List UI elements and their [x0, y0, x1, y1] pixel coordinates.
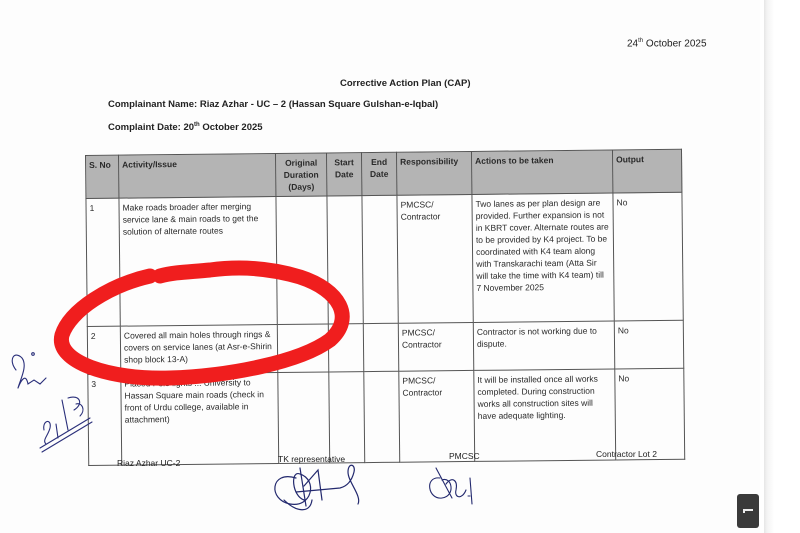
table-header-row: S. No Activity/Issue Original Duration (… — [86, 149, 682, 198]
header-duration: Original Duration (Days) — [275, 153, 326, 197]
signature-label-riaz: Riaz Azhar UC-2 — [117, 458, 180, 468]
document-date: 24th October 2025 — [627, 38, 707, 49]
cell-actions: Two lanes as per plan design are provide… — [472, 193, 614, 322]
cell-start-date — [329, 372, 365, 463]
table-row: 2 Covered all main holes through rings &… — [87, 320, 683, 374]
page-indicator-button[interactable] — [737, 494, 759, 528]
cell-sno: 3 — [88, 374, 122, 465]
cell-start-date — [328, 324, 364, 372]
cell-sno: 2 — [87, 326, 121, 374]
cell-end-date — [364, 371, 400, 462]
cell-output: No — [615, 368, 685, 460]
cell-duration — [277, 324, 328, 373]
document-title: Corrective Action Plan (CAP) — [340, 78, 471, 89]
header-output: Output — [612, 149, 681, 193]
cell-duration — [276, 196, 328, 325]
complainant-name: Complainant Name: Riaz Azhar - UC – 2 (H… — [108, 99, 438, 110]
cell-sno: 1 — [86, 198, 120, 326]
signature-label-contractor: Contractor Lot 2 — [596, 449, 657, 459]
table-row: 1 Make roads broader after merging servi… — [86, 192, 683, 326]
header-responsibility: Responsibility — [396, 151, 471, 195]
cell-actions: It will be installed once all works comp… — [474, 369, 616, 461]
cell-responsibility: PMCSC/ Contractor — [399, 370, 475, 462]
page-edge-shadow — [764, 0, 800, 533]
cell-responsibility: PMCSC/ Contractor — [398, 322, 473, 371]
cell-end-date — [362, 195, 398, 323]
document-page: 24th October 2025 Corrective Action Plan… — [0, 0, 760, 533]
cell-start-date — [327, 196, 363, 324]
signature-label-tk: TK representative — [278, 454, 345, 464]
cell-activity: Placed Pole lights ... University to Has… — [121, 372, 279, 465]
header-end-date: End Date — [361, 152, 396, 195]
cell-activity: Covered all main holes through rings & c… — [120, 324, 277, 374]
complaint-date: Complaint Date: 20th October 2025 — [108, 122, 263, 133]
header-sno: S. No — [86, 155, 119, 198]
cell-end-date — [363, 323, 399, 371]
cell-activity: Make roads broader after merging service… — [119, 197, 277, 327]
header-activity: Activity/Issue — [119, 154, 276, 199]
cell-actions: Contractor is not working due to dispute… — [473, 321, 614, 370]
cell-duration — [278, 372, 330, 464]
cell-output: No — [614, 320, 683, 369]
cell-output: No — [613, 192, 683, 321]
signature-label-pmcsc: PMCSC — [449, 451, 480, 461]
page-icon — [743, 509, 753, 513]
header-actions: Actions to be taken — [471, 150, 612, 194]
corrective-action-table: S. No Activity/Issue Original Duration (… — [85, 149, 685, 466]
header-start-date: Start Date — [326, 153, 361, 196]
cell-responsibility: PMCSC/ Contractor — [397, 194, 473, 323]
